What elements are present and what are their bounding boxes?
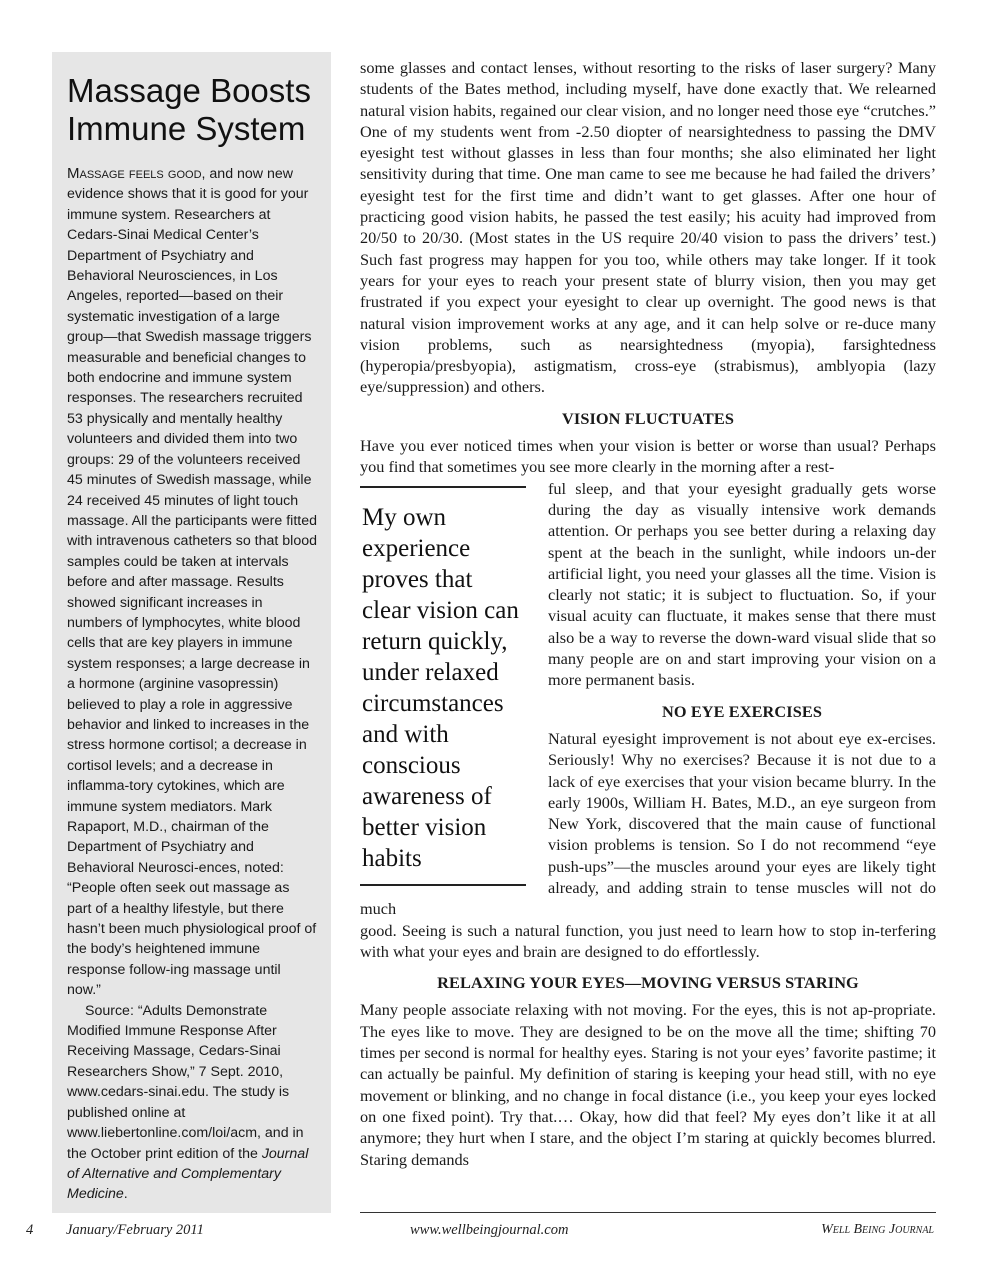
pullquote-text: My own experience proves that clear visi… (360, 488, 526, 884)
article-main: some glasses and contact lenses, without… (360, 57, 936, 1170)
sidebar-news-box: Massage Boosts Immune System Massage fee… (52, 52, 331, 1213)
sidebar-lead-smallcaps: Massage feels good (67, 165, 202, 182)
issue-date: January/February 2011 (66, 1222, 204, 1239)
pullquote-bottom-rule (360, 884, 526, 886)
section2-tail: good. Seeing is such a natural function,… (360, 920, 936, 963)
sidebar-title: Massage Boosts Immune System (67, 72, 317, 148)
sidebar-title-line1: Massage Boosts (67, 72, 311, 109)
pullquote-wrap: My own experience proves that clear visi… (360, 478, 936, 920)
section3-body: Many people associate relaxing with not … (360, 999, 936, 1169)
sidebar-source: Source: “Adults Demonstrate Modified Imm… (67, 1001, 317, 1205)
section-heading-relaxing-your-eyes: RELAXING YOUR EYES—MOVING VERSUS STARING (360, 972, 936, 993)
page-footer: 4 January/February 2011 www.wellbeingjou… (0, 1222, 986, 1244)
section1-lead: Have you ever noticed times when your vi… (360, 435, 936, 478)
sidebar-source-text: Source: “Adults Demonstrate Modified Imm… (67, 1003, 304, 1162)
pullquote: My own experience proves that clear visi… (360, 486, 526, 886)
sidebar-title-line2: Immune System (67, 110, 305, 147)
sidebar-body-text: , and now new evidence shows that it is … (67, 166, 317, 998)
page-number: 4 (26, 1222, 33, 1239)
sidebar-source-end: . (124, 1186, 128, 1202)
website-link[interactable]: www.wellbeingjournal.com (410, 1222, 568, 1239)
sidebar-body: Massage feels good, and now new evidence… (67, 164, 317, 1001)
footer-rule (360, 1212, 936, 1213)
section-heading-vision-fluctuates: VISION FLUCTUATES (360, 408, 936, 429)
intro-paragraph: some glasses and contact lenses, without… (360, 57, 936, 398)
journal-name: Well Being Journal (821, 1222, 934, 1238)
